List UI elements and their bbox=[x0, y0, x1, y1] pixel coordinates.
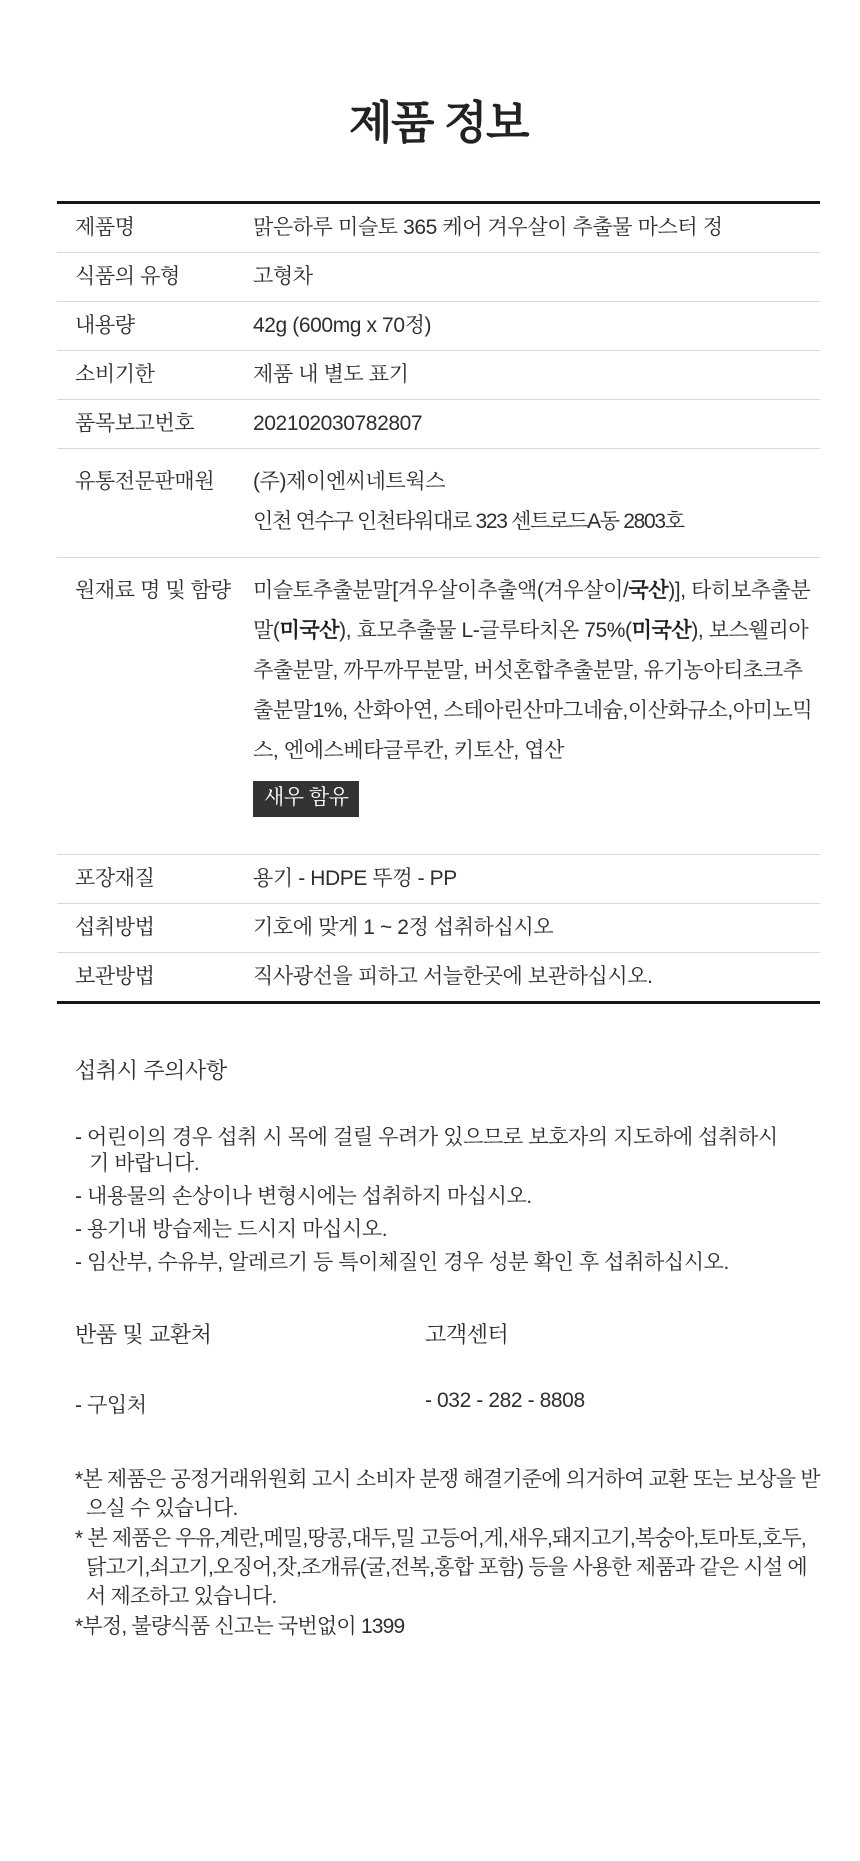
list-item: - 용기내 방습제는 드시지 마십시오. bbox=[75, 1217, 820, 1243]
origin-usa: 미국산 bbox=[632, 619, 692, 642]
table-row-packaging: 포장재질 용기 - HDPE 뚜껑 - PP bbox=[57, 855, 820, 904]
allergen-badge: 새우 함유 bbox=[253, 781, 359, 817]
ingredients-text: 미슬토추출분말[겨우살이추출액(겨우살이/국산)], 타히보추출분말(미국산),… bbox=[253, 571, 816, 771]
row-value: 미슬토추출분말[겨우살이추출액(겨우살이/국산)], 타히보추출분말(미국산),… bbox=[253, 571, 820, 839]
row-label: 식품의 유형 bbox=[57, 264, 253, 290]
customer-center-column: 고객센터 - 032 - 282 - 8808 bbox=[425, 1318, 820, 1419]
row-label: 포장재질 bbox=[57, 866, 253, 892]
row-value: 용기 - HDPE 뚜껑 - PP bbox=[253, 866, 820, 892]
footnotes-section: *본 제품은 공정거래위원회 고시 소비자 분쟁 해결기준에 의거하여 교환 또… bbox=[57, 1465, 820, 1641]
row-label: 제품명 bbox=[57, 215, 253, 241]
ingredient-segment: ), 효모추출물 L-글루타치온 75%( bbox=[339, 619, 632, 642]
returns-exchange-column: 반품 및 교환처 - 구입처 bbox=[75, 1318, 425, 1419]
footnote: *부정, 불량식품 신고는 국번없이 1399 bbox=[75, 1612, 820, 1641]
row-label: 원재료 명 및 함량 bbox=[57, 571, 253, 604]
list-item: - 내용물의 손상이나 변형시에는 섭취하지 마십시오. bbox=[75, 1184, 820, 1210]
table-row-storage: 보관방법 직사광선을 피하고 서늘한곳에 보관하십시오. bbox=[57, 953, 820, 1001]
precautions-section: 섭취시 주의사항 - 어린이의 경우 섭취 시 목에 걸릴 우려가 있으므로 보… bbox=[57, 1054, 820, 1276]
row-label: 유통전문판매원 bbox=[57, 462, 253, 495]
table-row-ingredients: 원재료 명 및 함량 미슬토추출분말[겨우살이추출액(겨우살이/국산)], 타히… bbox=[57, 558, 820, 855]
row-label: 소비기한 bbox=[57, 362, 253, 388]
row-value: 제품 내 별도 표기 bbox=[253, 362, 820, 388]
row-value: (주)제이엔씨네트웍스 인천 연수구 인천타워대로 323 센트로드A동 280… bbox=[253, 462, 820, 542]
precautions-list: - 어린이의 경우 섭취 시 목에 걸릴 우려가 있으므로 보호자의 지도하에 … bbox=[75, 1125, 820, 1276]
origin-domestic: 국산 bbox=[628, 579, 668, 602]
row-value: 202102030782807 bbox=[253, 411, 820, 437]
row-label: 섭취방법 bbox=[57, 915, 253, 941]
table-row-net-content: 내용량 42g (600mg x 70정) bbox=[57, 302, 820, 351]
row-value: 42g (600mg x 70정) bbox=[253, 313, 820, 339]
row-label: 내용량 bbox=[57, 313, 253, 339]
returns-section: 반품 및 교환처 - 구입처 고객센터 - 032 - 282 - 8808 bbox=[57, 1318, 820, 1419]
table-row-intake-method: 섭취방법 기호에 맞게 1 ~ 2정 섭취하십시오 bbox=[57, 904, 820, 953]
row-value: 고형차 bbox=[253, 264, 820, 290]
list-item: - 어린이의 경우 섭취 시 목에 걸릴 우려가 있으므로 보호자의 지도하에 … bbox=[75, 1125, 779, 1177]
row-label: 품목보고번호 bbox=[57, 411, 253, 437]
ingredient-segment: 미슬토추출분말[겨우살이추출액(겨우살이/ bbox=[253, 579, 628, 602]
row-label: 보관방법 bbox=[57, 964, 253, 990]
table-row-food-type: 식품의 유형 고형차 bbox=[57, 253, 820, 302]
distributor-address: 인천 연수구 인천타워대로 323 센트로드A동 2803호 bbox=[253, 502, 816, 542]
footnote: * 본 제품은 우유,계란,메밀,땅콩,대두,밀 고등어,게,새우,돼지고기,복… bbox=[75, 1524, 820, 1611]
page-title: 제품 정보 bbox=[57, 86, 820, 151]
origin-usa: 미국산 bbox=[279, 619, 339, 642]
returns-exchange-heading: 반품 및 교환처 bbox=[75, 1318, 425, 1349]
row-value: 맑은하루 미슬토 365 케어 겨우살이 추출물 마스터 정 bbox=[253, 215, 820, 241]
row-value: 기호에 맞게 1 ~ 2정 섭취하십시오 bbox=[253, 915, 820, 941]
customer-center-phone: - 032 - 282 - 8808 bbox=[425, 1389, 820, 1413]
list-item: - 임산부, 수유부, 알레르기 등 특이체질인 경우 성분 확인 후 섭취하십… bbox=[75, 1250, 820, 1276]
returns-exchange-value: - 구입처 bbox=[75, 1389, 425, 1419]
precautions-heading: 섭취시 주의사항 bbox=[75, 1054, 820, 1085]
table-row-distributor: 유통전문판매원 (주)제이엔씨네트웍스 인천 연수구 인천타워대로 323 센트… bbox=[57, 449, 820, 558]
footnote: *본 제품은 공정거래위원회 고시 소비자 분쟁 해결기준에 의거하여 교환 또… bbox=[75, 1465, 820, 1523]
product-info-table: 제품명 맑은하루 미슬토 365 케어 겨우살이 추출물 마스터 정 식품의 유… bbox=[57, 201, 820, 1004]
product-info-page: 제품 정보 제품명 맑은하루 미슬토 365 케어 겨우살이 추출물 마스터 정… bbox=[57, 86, 820, 1641]
customer-center-heading: 고객센터 bbox=[425, 1318, 820, 1349]
table-row-use-by: 소비기한 제품 내 별도 표기 bbox=[57, 351, 820, 400]
row-value: 직사광선을 피하고 서늘한곳에 보관하십시오. bbox=[253, 964, 820, 990]
table-row-report-number: 품목보고번호 202102030782807 bbox=[57, 400, 820, 449]
table-row-product-name: 제품명 맑은하루 미슬토 365 케어 겨우살이 추출물 마스터 정 bbox=[57, 204, 820, 253]
distributor-company: (주)제이엔씨네트웍스 bbox=[253, 462, 816, 502]
